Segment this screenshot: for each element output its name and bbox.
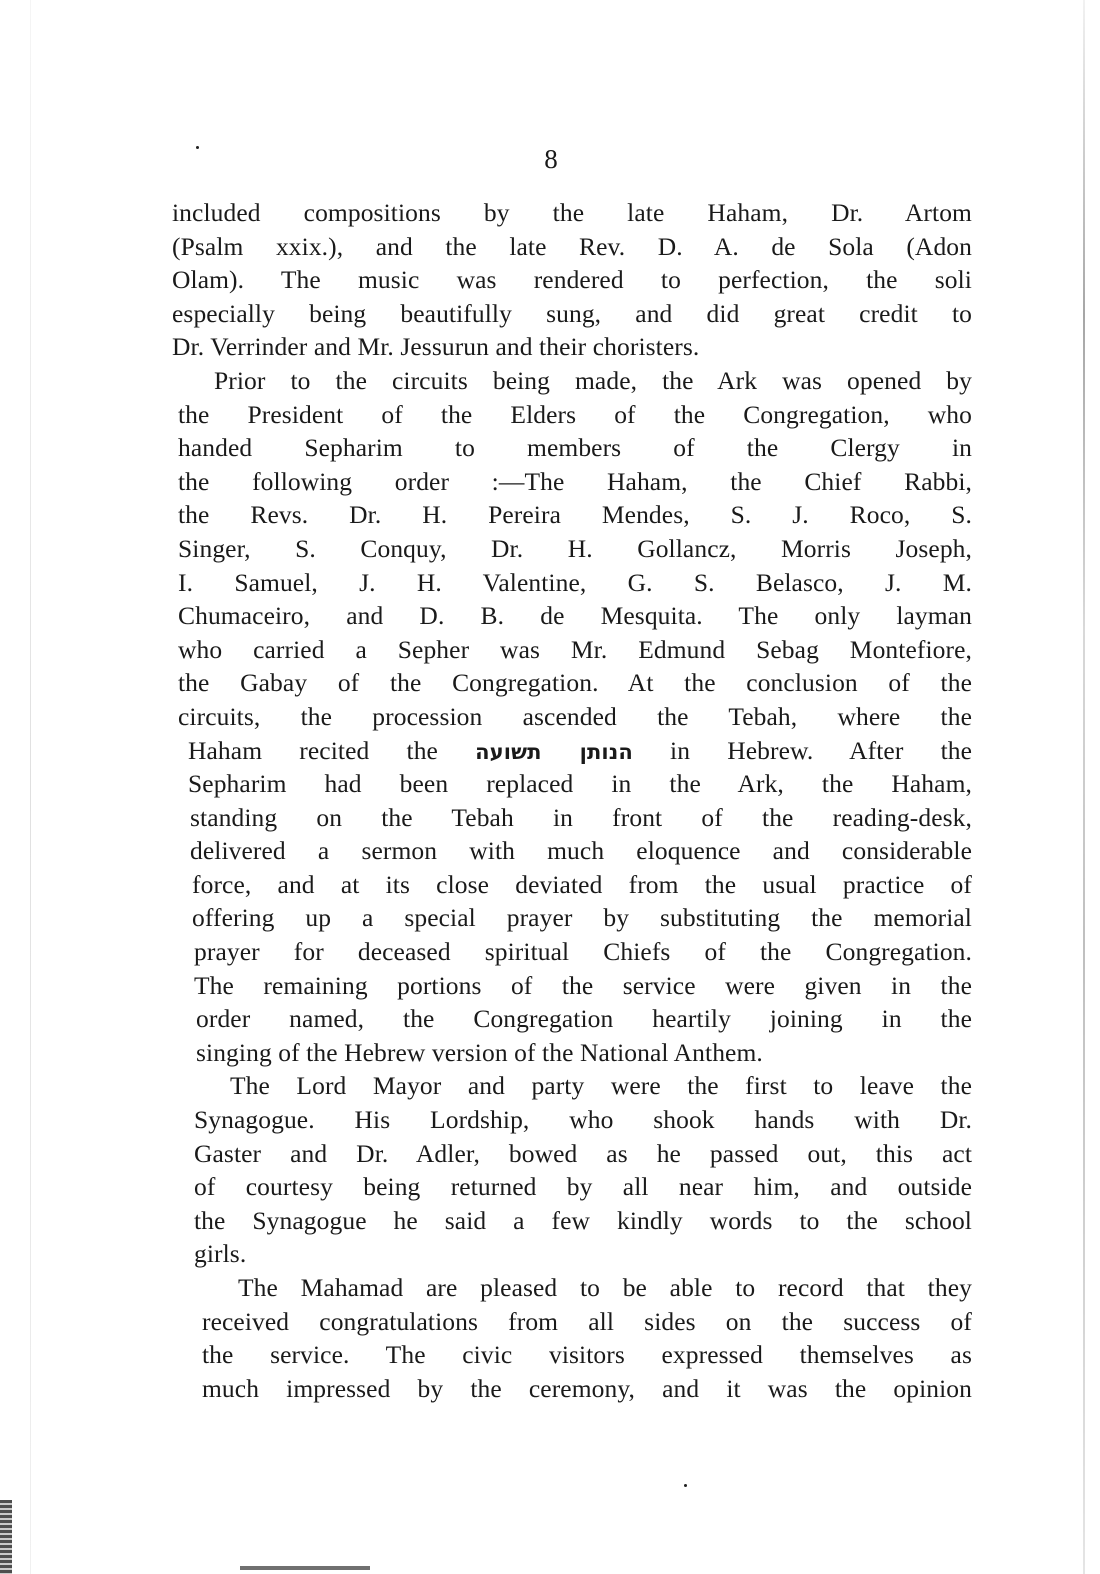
text-line: The remaining portions of the service we…: [194, 969, 972, 1003]
text-line: circuits, the procession ascended the Te…: [178, 700, 972, 734]
text-fragment: in Hebrew. After the: [670, 736, 972, 765]
text-line: Singer, S. Conquy, Dr. H. Gollancz, Morr…: [178, 532, 972, 566]
text-line: especially being beautifully sung, and d…: [172, 297, 972, 331]
scan-artifact-line: [240, 1566, 370, 1570]
text-line: received congratulations from all sides …: [202, 1305, 972, 1339]
hebrew-phrase: הנותן תשועה: [475, 740, 633, 764]
paragraph: Prior to the circuits being made, the Ar…: [178, 364, 972, 1069]
text-line: singing of the Hebrew version of the Nat…: [196, 1036, 972, 1070]
page-number: 8: [0, 144, 1100, 175]
text-line: Gaster and Dr. Adler, bowed as he passed…: [194, 1137, 972, 1171]
page-body: included compositions by the late Haham,…: [172, 196, 972, 1405]
text-line: Synagogue. His Lordship, who shook hands…: [194, 1103, 972, 1137]
text-line: the Synagogue he said a few kindly words…: [194, 1204, 972, 1238]
scan-edge-left: [30, 0, 31, 1574]
text-line: (Psalm xxix.), and the late Rev. D. A. d…: [172, 230, 972, 264]
paragraph: included compositions by the late Haham,…: [172, 196, 972, 364]
text-fragment: Haham recited the: [188, 736, 438, 765]
scan-artifact-bars: [0, 1500, 12, 1574]
text-line: who carried a Sepher was Mr. Edmund Seba…: [178, 633, 972, 667]
paragraph: The Mahamad are pleased to be able to re…: [202, 1271, 972, 1405]
text-line: The Lord Mayor and party were the first …: [194, 1069, 972, 1103]
text-line: force, and at its close deviated from th…: [192, 868, 972, 902]
text-line: order named, the Congregation heartily j…: [196, 1002, 972, 1036]
text-line: Sepharim had been replaced in the Ark, t…: [188, 767, 972, 801]
text-line-with-hebrew: Haham recited the הנותן תשועה in Hebrew.…: [188, 734, 972, 768]
text-line: much impressed by the ceremony, and it w…: [202, 1372, 972, 1406]
text-line: standing on the Tebah in front of the re…: [190, 801, 972, 835]
text-line: The Mahamad are pleased to be able to re…: [202, 1271, 972, 1305]
text-line: girls.: [194, 1237, 972, 1271]
text-line: Chumaceiro, and D. B. de Mesquita. The o…: [178, 599, 972, 633]
text-line: prayer for deceased spiritual Chiefs of …: [194, 935, 972, 969]
text-line: offering up a special prayer by substitu…: [192, 901, 972, 935]
ink-speck: [684, 1484, 687, 1487]
text-line: Olam). The music was rendered to perfect…: [172, 263, 972, 297]
text-line: the Revs. Dr. H. Pereira Mendes, S. J. R…: [178, 498, 972, 532]
text-line: I. Samuel, J. H. Valentine, G. S. Belasc…: [178, 566, 972, 600]
text-line: of courtesy being returned by all near h…: [194, 1170, 972, 1204]
text-line: Dr. Verrinder and Mr. Jessurun and their…: [172, 330, 972, 364]
text-line: Prior to the circuits being made, the Ar…: [178, 364, 972, 398]
text-line: included compositions by the late Haham,…: [172, 196, 972, 230]
text-line: the following order :—The Haham, the Chi…: [178, 465, 972, 499]
scan-edge-right: [1083, 0, 1085, 1574]
text-line: handed Sepharim to members of the Clergy…: [178, 431, 972, 465]
text-line: the Gabay of the Congregation. At the co…: [178, 666, 972, 700]
text-line: the President of the Elders of the Congr…: [178, 398, 972, 432]
text-line: delivered a sermon with much eloquence a…: [190, 834, 972, 868]
text-line: the service. The civic visitors expresse…: [202, 1338, 972, 1372]
paragraph: The Lord Mayor and party were the first …: [194, 1069, 972, 1271]
